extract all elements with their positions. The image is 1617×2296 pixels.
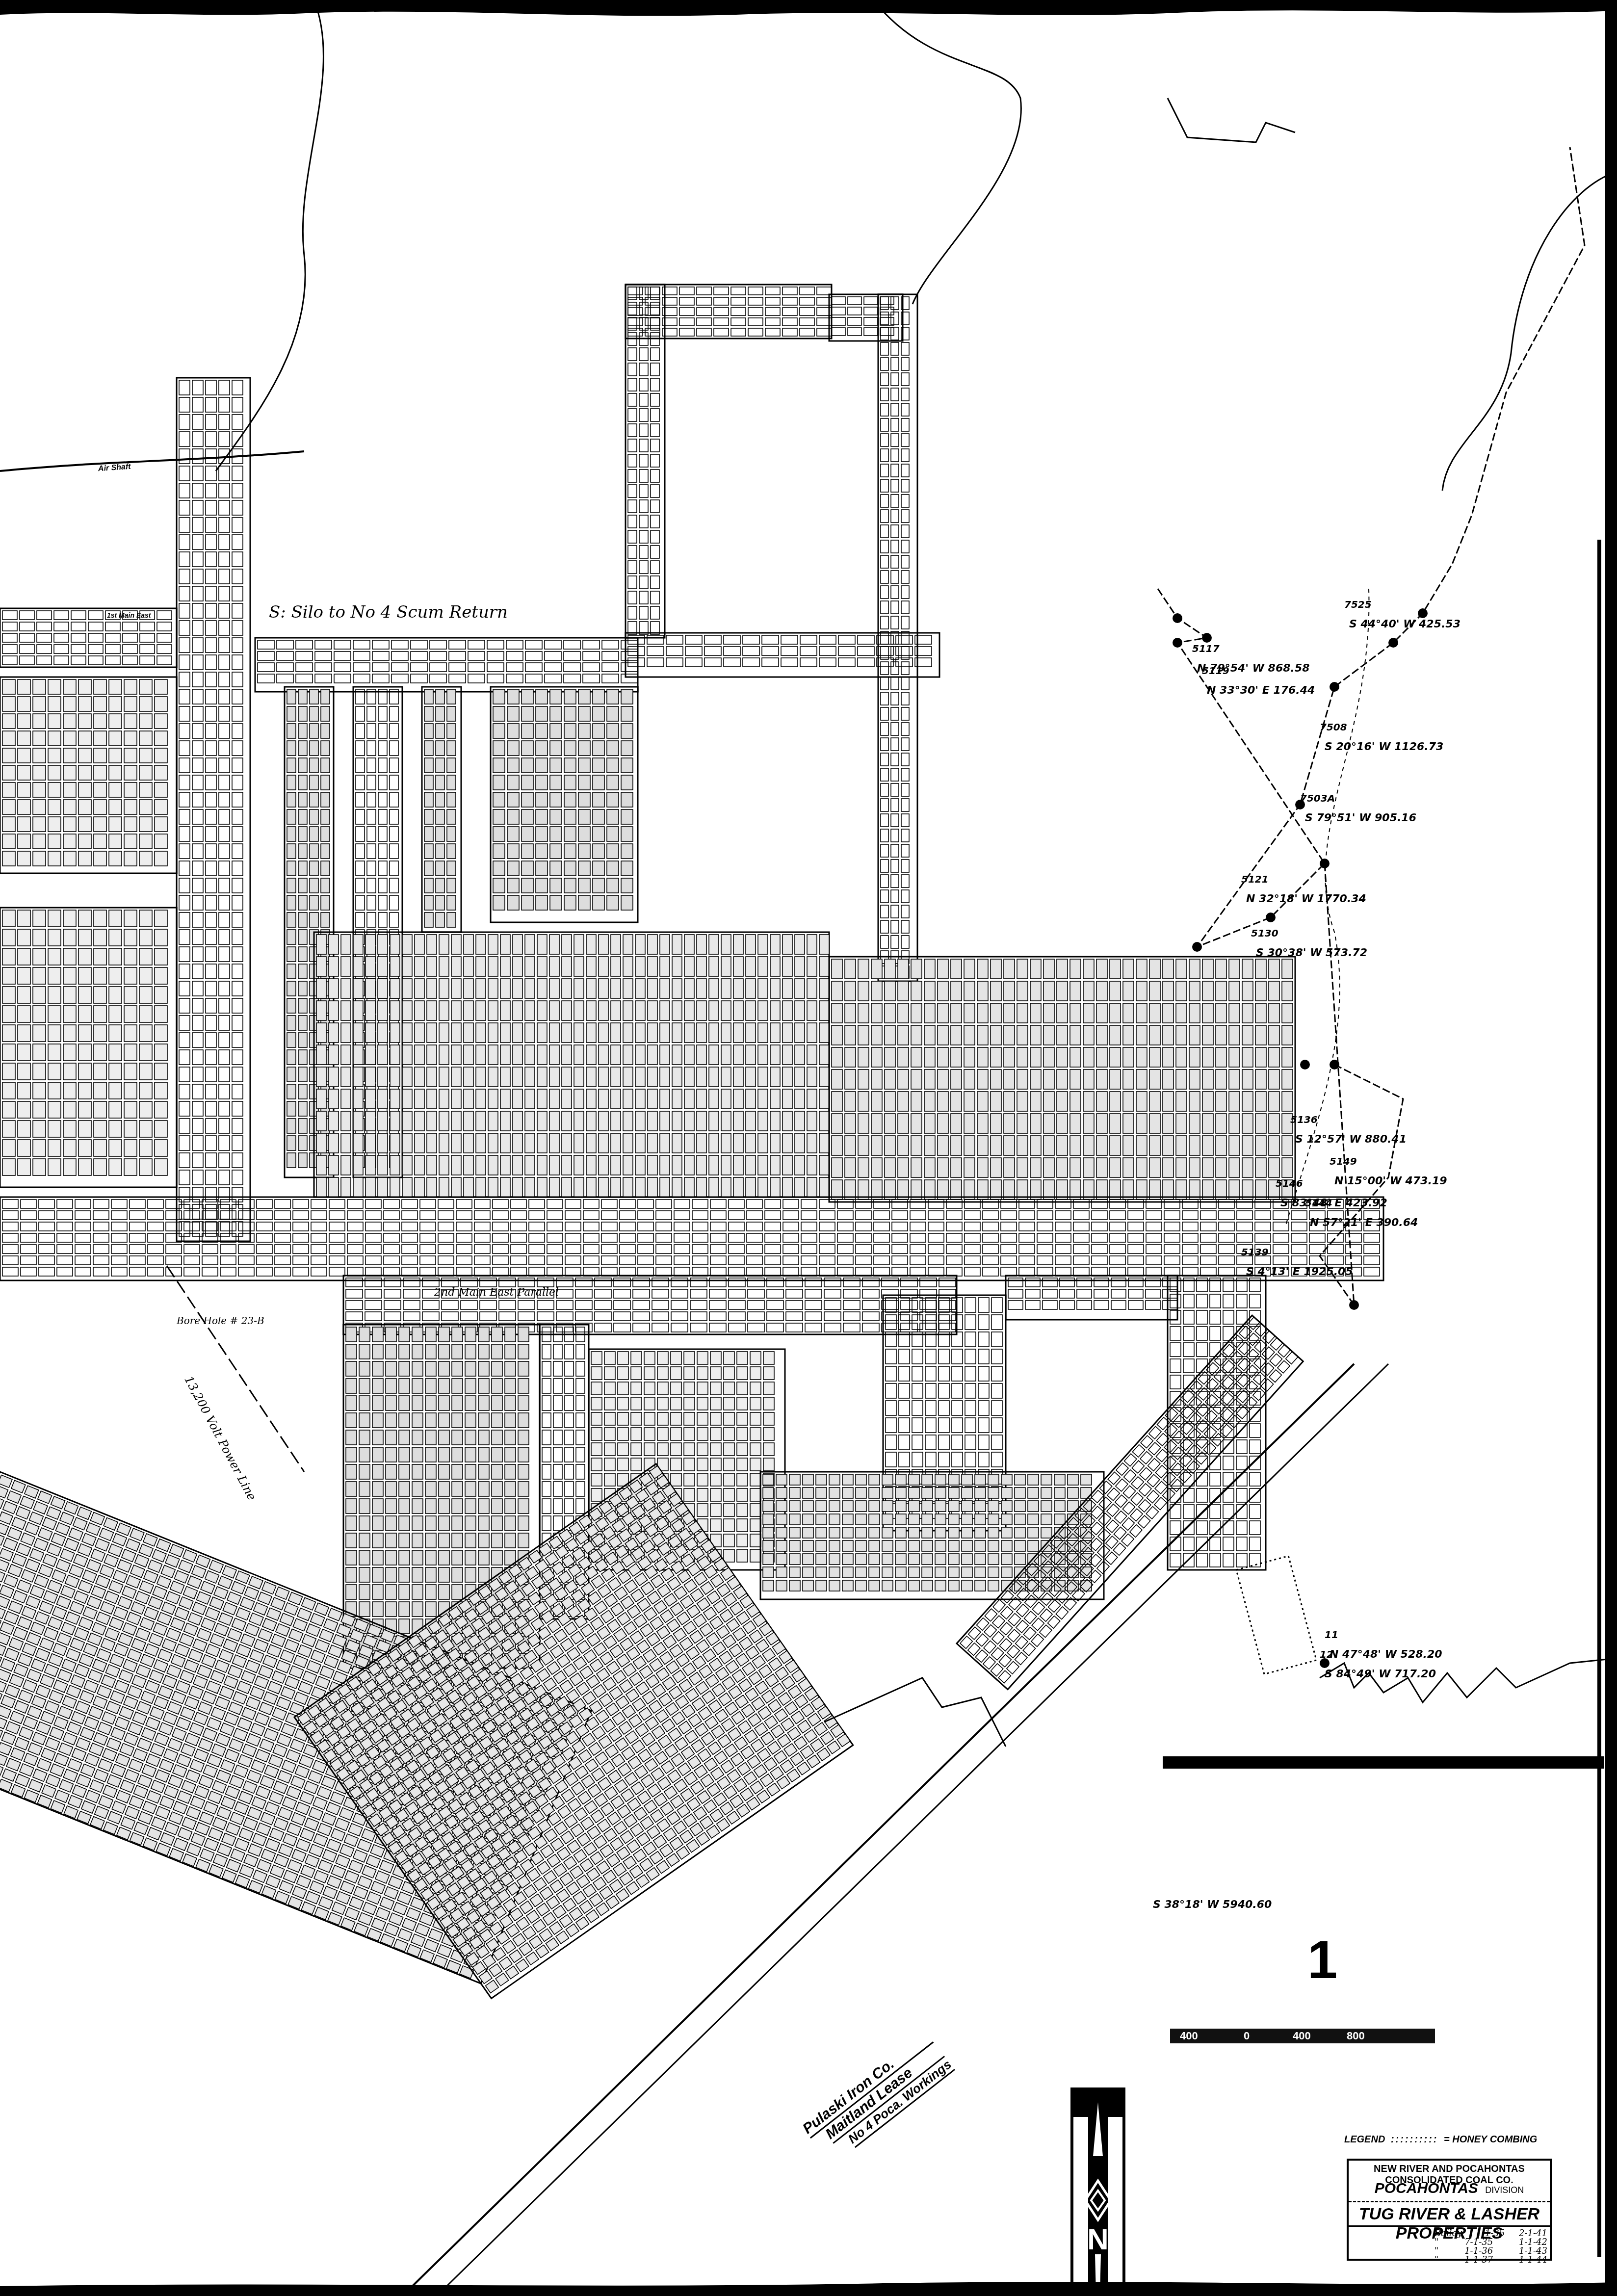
division-name: POCAHONTAS [1375,2180,1478,2196]
station-label: 5136 [1290,1114,1318,1125]
sheet-number: 1 [1307,1933,1337,1987]
revision-date-2: 1-1-44 [1519,2256,1547,2265]
scale-bar: 400 0 400 800 [1170,2029,1435,2043]
scale-label-1: 0 [1244,2030,1250,2042]
survey-call: S 30°38' W 573.72 [1256,947,1367,959]
survey-call: S 79°51' W 905.16 [1305,812,1416,824]
survey-call: S 83°48' E 423.92 [1280,1197,1387,1209]
revision-by: Bailey [1434,2229,1462,2238]
main-east-parallel-label: 2nd Main East Parallel [434,1286,559,1299]
station-label: 12 [1320,1648,1333,1660]
survey-call: S 12°57' W 880.41 [1295,1133,1407,1146]
scan-edge-bottom [0,2271,1617,2296]
scale-label-0: 400 [1180,2030,1198,2042]
survey-call: N 57°21' E 390.64 [1310,1217,1418,1229]
scan-edge-top [0,0,1617,29]
station-label: 5130 [1251,927,1278,939]
survey-call: N 33°30' E 176.44 [1207,684,1315,697]
north-label: N [1087,2223,1108,2256]
survey-call: S 20°16' W 1126.73 [1325,741,1443,753]
survey-call: N 15°00' W 473.19 [1334,1175,1447,1187]
legend-label: LEGEND [1344,2134,1385,2145]
survey-call: S 4°13' E 1925.05 [1246,1266,1353,1278]
station-label: 5146 [1276,1177,1303,1189]
station-label: 7503A [1300,792,1335,804]
mine-workings-drawing [0,0,1617,2296]
legend: LEGEND :::::::::: = HONEY COMBING [1344,2134,1537,2145]
scale-label-3: 800 [1347,2030,1365,2042]
title-block: NEW RIVER AND POCAHONTAS CONSOLIDATED CO… [1347,2159,1552,2261]
station-label: 7525 [1344,599,1372,610]
revision-row: " 1-1-37 1-1-44 [1434,2256,1547,2265]
first-main-east-label: 1st Main East [107,611,151,619]
revision-date: 1-1-37 [1464,2256,1493,2265]
division-row: POCAHONTAS DIVISION [1349,2180,1550,2197]
station-label: 7508 [1320,721,1347,733]
revision-by: " [1434,2256,1438,2265]
survey-call: N 47°48' W 528.20 [1330,1648,1442,1661]
bore-hole-label: Bore Hole # 23-B [177,1315,264,1327]
station-label: 5117 [1192,643,1220,654]
north-arrow-icon: N [1070,2087,1125,2296]
station-label: 5119 [1202,665,1229,677]
survey-call: N 32°18' W 1770.34 [1246,893,1366,905]
station-label: 5121 [1241,873,1269,885]
silo-note: S: Silo to No 4 Scum Return [269,602,508,622]
scan-edge-right [1592,0,1617,2296]
survey-call: S 84°49' W 717.20 [1325,1668,1436,1680]
honeycomb-symbol-icon: :::::::::: [1391,2134,1438,2145]
station-label: 11 [1325,1629,1338,1641]
station-label: 5139 [1241,1246,1269,1258]
revision-table: Bailey 1-1-35 2-1-41 " 7-1-35 1-1-42 " 1… [1434,2229,1547,2265]
station-label: 5149 [1330,1155,1357,1167]
survey-call: S 38°18' W 5940.60 [1153,1899,1272,1911]
division-suffix: DIVISION [1485,2185,1524,2195]
survey-call: S 44°40' W 425.53 [1349,618,1461,630]
title-divider [1349,2201,1550,2202]
scale-label-2: 400 [1293,2030,1311,2042]
legend-meaning: = HONEY COMBING [1444,2134,1537,2145]
title-divider [1349,2225,1550,2227]
map-sheet: S: Silo to No 4 Scum Return 2nd Main Eas… [0,0,1617,2296]
